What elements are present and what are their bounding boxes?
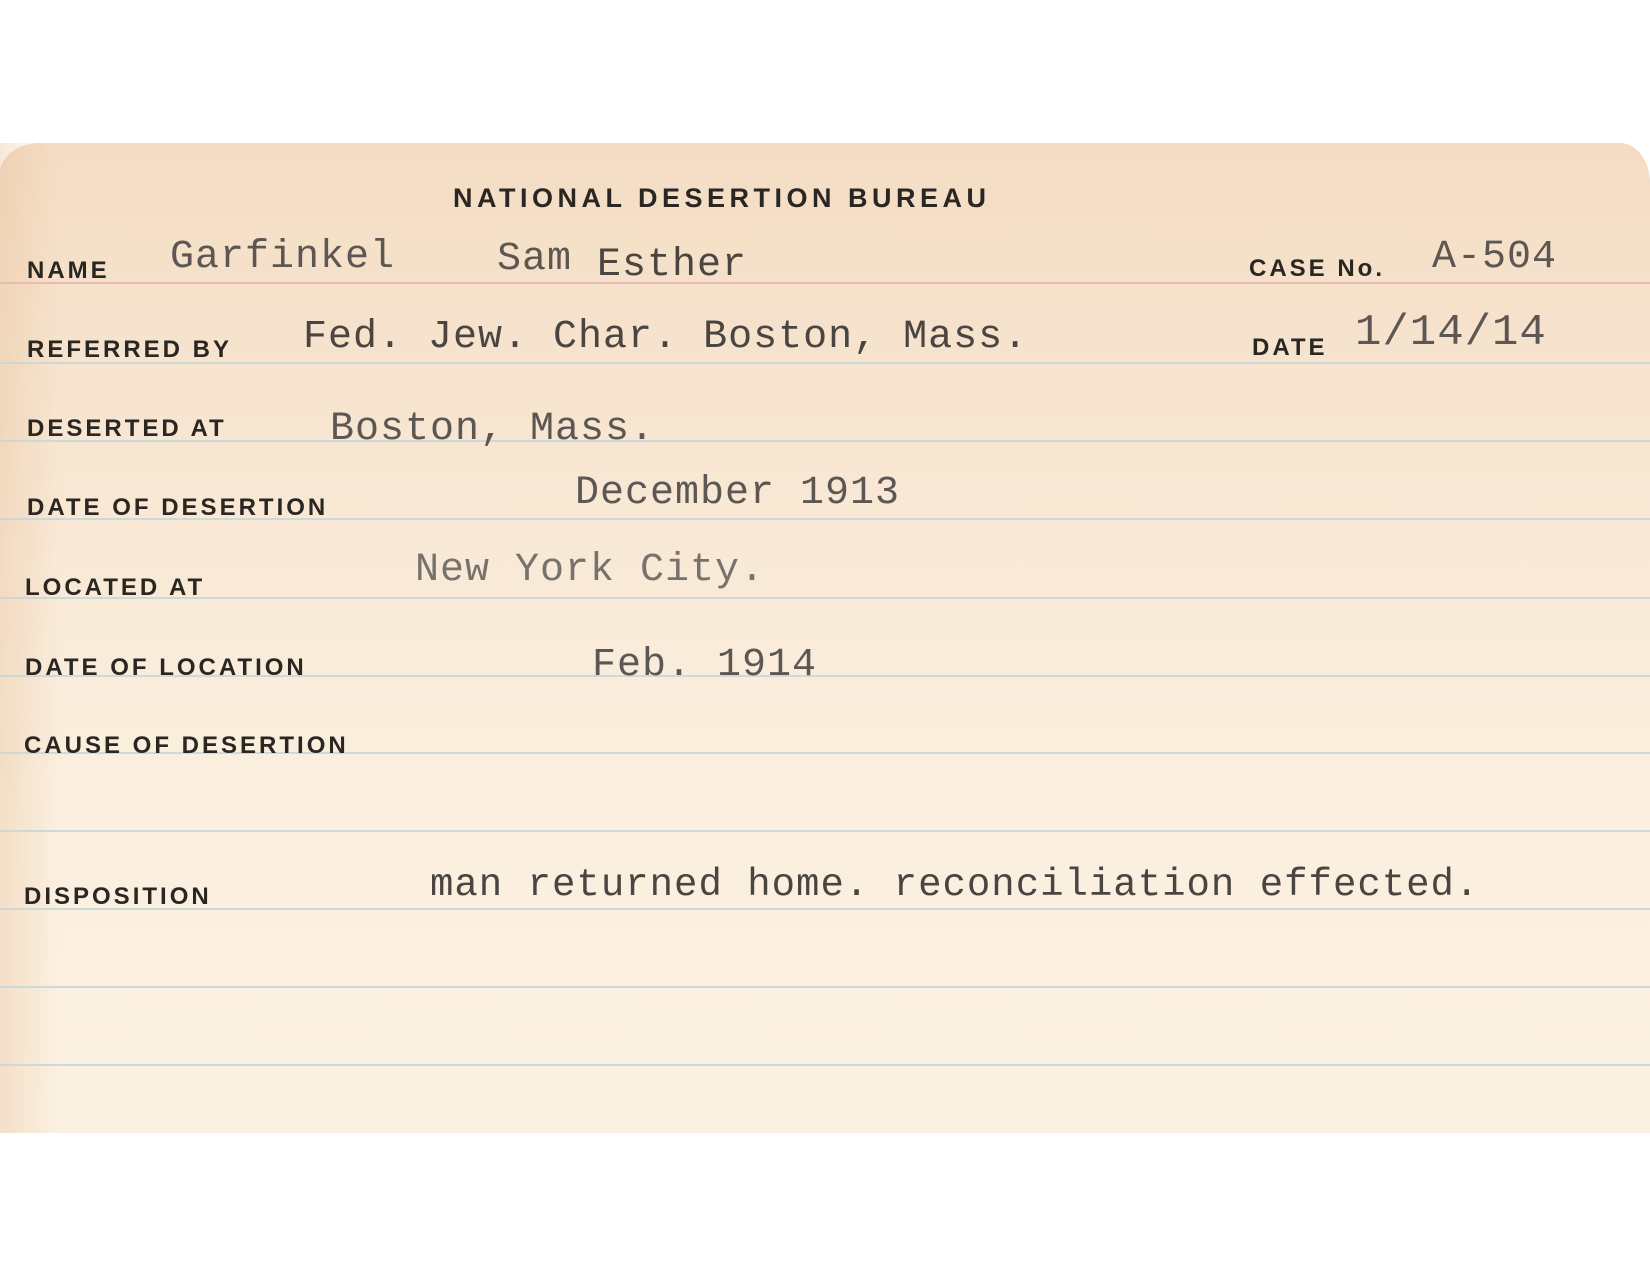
first-name-value: Sam bbox=[497, 237, 572, 282]
deserted-at-label: DESERTED AT bbox=[27, 415, 227, 443]
rule-line bbox=[0, 597, 1650, 599]
date-label: DATE bbox=[1252, 334, 1328, 362]
date-of-location-label: DATE OF LOCATION bbox=[25, 654, 307, 682]
located-at-value: New York City. bbox=[415, 548, 765, 593]
date-of-location-value: Feb. 1914 bbox=[592, 643, 817, 688]
referred-by-value: Fed. Jew. Char. Boston, Mass. bbox=[303, 315, 1028, 360]
rule-line bbox=[0, 362, 1650, 364]
date-of-desertion-value: December 1913 bbox=[575, 471, 900, 516]
date-value: 1/14/14 bbox=[1355, 308, 1547, 358]
rule-line-red bbox=[0, 282, 1650, 284]
rule-line bbox=[0, 986, 1650, 988]
date-of-desertion-label: DATE OF DESERTION bbox=[27, 494, 328, 522]
cause-of-desertion-label: CAUSE OF DESERTION bbox=[24, 732, 349, 760]
index-card: NATIONAL DESERTION BUREAU NAME Garfinkel… bbox=[0, 143, 1650, 1133]
disposition-label: DISPOSITION bbox=[24, 883, 212, 911]
case-no-value: A-504 bbox=[1432, 235, 1557, 280]
card-title: NATIONAL DESERTION BUREAU bbox=[453, 183, 991, 214]
rule-line bbox=[0, 830, 1650, 832]
spouse-name-value: Esther bbox=[597, 243, 747, 288]
rule-line bbox=[0, 440, 1650, 442]
surname-value: Garfinkel bbox=[170, 235, 395, 280]
disposition-value: man returned home. reconciliation effect… bbox=[430, 863, 1479, 907]
card-title-text: NATIONAL DESERTION BUREAU bbox=[453, 183, 991, 213]
referred-by-label: REFERRED BY bbox=[27, 336, 232, 364]
case-no-label: CASE No. bbox=[1249, 255, 1385, 283]
deserted-at-value: Boston, Mass. bbox=[330, 407, 655, 452]
located-at-label: LOCATED AT bbox=[25, 574, 205, 602]
rule-line bbox=[0, 1064, 1650, 1066]
rule-line bbox=[0, 908, 1650, 910]
name-label: NAME bbox=[27, 257, 110, 285]
